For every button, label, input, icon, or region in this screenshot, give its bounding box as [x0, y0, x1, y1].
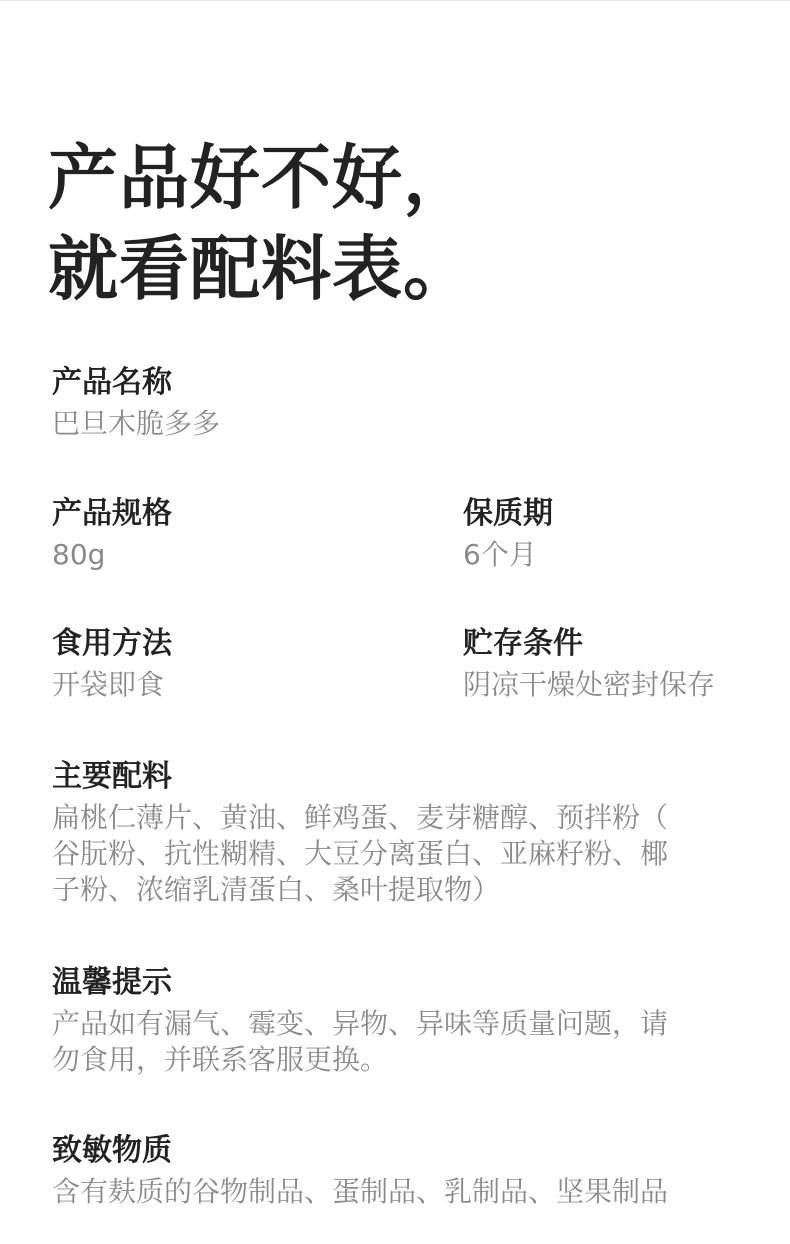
field-spec: 产品规格 80g	[52, 495, 172, 573]
notice-label: 温馨提示	[52, 964, 742, 1002]
product-name-label: 产品名称	[52, 364, 220, 402]
shelf-life-label: 保质期	[463, 495, 553, 533]
field-product-name: 产品名称 巴旦木脆多多	[52, 364, 220, 442]
product-name-value: 巴旦木脆多多	[52, 406, 220, 442]
allergens-label: 致敏物质	[52, 1132, 668, 1170]
top-divider	[0, 0, 790, 1]
field-usage: 食用方法 开袋即食	[52, 625, 172, 703]
ingredients-label: 主要配料	[52, 758, 742, 796]
headline-line-1: 产品好不好，	[48, 133, 474, 224]
storage-value: 阴凉干燥处密封保存	[463, 667, 715, 703]
spec-label: 产品规格	[52, 495, 172, 533]
field-ingredients: 主要配料 扁桃仁薄片、黄油、鲜鸡蛋、麦芽糖醇、预拌粉（ 谷朊粉、抗性糊精、大豆分…	[52, 758, 742, 908]
allergens-value: 含有麸质的谷物制品、蛋制品、乳制品、坚果制品	[52, 1174, 668, 1210]
ingredients-value: 扁桃仁薄片、黄油、鲜鸡蛋、麦芽糖醇、预拌粉（ 谷朊粉、抗性糊精、大豆分离蛋白、亚…	[52, 800, 742, 908]
usage-value: 开袋即食	[52, 667, 172, 703]
ingredients-line-1: 扁桃仁薄片、黄油、鲜鸡蛋、麦芽糖醇、预拌粉（	[52, 800, 742, 836]
storage-label: 贮存条件	[463, 625, 715, 663]
ingredients-line-3: 子粉、浓缩乳清蛋白、桑叶提取物）	[52, 872, 742, 908]
page-headline: 产品好不好， 就看配料表。	[48, 133, 474, 315]
headline-line-2: 就看配料表。	[48, 224, 474, 315]
notice-value: 产品如有漏气、霉变、异物、异味等质量问题，请 勿食用，并联系客服更换。	[52, 1006, 742, 1078]
field-allergens: 致敏物质 含有麸质的谷物制品、蛋制品、乳制品、坚果制品	[52, 1132, 668, 1210]
notice-line-2: 勿食用，并联系客服更换。	[52, 1042, 742, 1078]
field-storage: 贮存条件 阴凉干燥处密封保存	[463, 625, 715, 703]
field-notice: 温馨提示 产品如有漏气、霉变、异物、异味等质量问题，请 勿食用，并联系客服更换。	[52, 964, 742, 1078]
ingredients-line-2: 谷朊粉、抗性糊精、大豆分离蛋白、亚麻籽粉、椰	[52, 836, 742, 872]
spec-value: 80g	[52, 537, 172, 573]
field-shelf-life: 保质期 6个月	[463, 495, 553, 573]
notice-line-1: 产品如有漏气、霉变、异物、异味等质量问题，请	[52, 1006, 742, 1042]
usage-label: 食用方法	[52, 625, 172, 663]
shelf-life-value: 6个月	[463, 537, 553, 573]
